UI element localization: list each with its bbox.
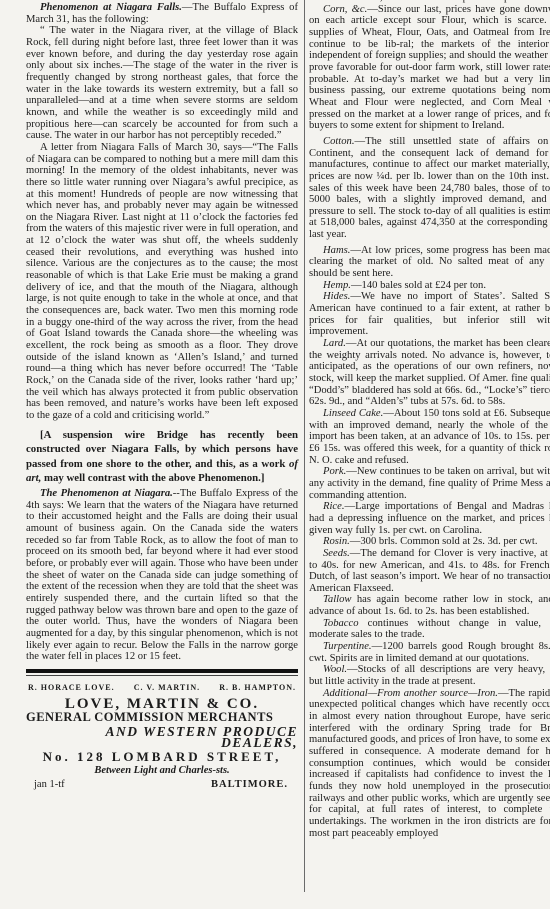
ad-run-code: jan 1-tf bbox=[34, 779, 65, 791]
market-entry-heading: Tallow bbox=[323, 594, 351, 605]
market-entry-heading: Rosin. bbox=[323, 536, 350, 547]
market-entry: Lard.—At our quotations, the market has … bbox=[309, 338, 550, 408]
market-entry: Tobacco continues without change in valu… bbox=[309, 618, 550, 641]
market-entry: Rice.—Large importations of Bengal and M… bbox=[309, 501, 550, 536]
market-entry-heading: Pork. bbox=[323, 466, 346, 477]
ad-firm-name: LOVE, MARTIN & CO. bbox=[26, 699, 298, 711]
market-entry-heading: Hemp. bbox=[323, 280, 351, 291]
market-entry: Hides.—We have no import of States’. Sal… bbox=[309, 291, 550, 338]
market-entry: Additional—From another source—Iron.—The… bbox=[309, 688, 550, 840]
market-entry-heading: Linseed Cake. bbox=[323, 408, 383, 419]
market-entry-heading: Turpentine. bbox=[323, 641, 372, 652]
column-rule bbox=[304, 0, 305, 892]
market-entry: Hemp.—140 bales sold at £24 per ton. bbox=[309, 280, 550, 292]
article-title: The Phenomenon at Niagara. bbox=[40, 488, 173, 499]
ad-address: No. 128 LOMBARD STREET, bbox=[26, 751, 298, 763]
ad-line-commission: GENERAL COMMISSION MERCHANTS bbox=[26, 712, 298, 724]
market-entry: Corn, &c.—Since our last, prices have go… bbox=[309, 4, 550, 132]
market-entry: Linseed Cake.—About 150 tons sold at £6.… bbox=[309, 408, 550, 466]
article-phenomenon-at-niagara: The Phenomenon at Niagara.--The Buffalo … bbox=[26, 488, 298, 663]
market-entry-body: —The still unsettled state of affairs on… bbox=[309, 136, 550, 240]
section-divider bbox=[26, 669, 298, 673]
market-entry-heading: Corn, &c. bbox=[323, 4, 367, 15]
article-title: Phenomenon at Niagara Falls. bbox=[40, 2, 182, 13]
section-divider-thin bbox=[26, 675, 298, 676]
market-entry-heading: Hams. bbox=[323, 245, 350, 256]
market-entry-heading: Cotton. bbox=[323, 136, 355, 147]
market-entry-heading: Seeds. bbox=[323, 548, 350, 559]
market-entry-heading: Rice. bbox=[323, 501, 344, 512]
market-entry-body: —Large importations of Bengal and Madras… bbox=[309, 501, 550, 535]
market-entry-heading: Hides. bbox=[323, 291, 350, 302]
advertisement: R. HORACE LOVE. C. V. MARTIN. R. B. HAMP… bbox=[26, 682, 298, 791]
market-entry-body: —At our quotations, the market has been … bbox=[309, 338, 550, 407]
market-entry-body: —Since our last, prices have gone downwa… bbox=[309, 4, 550, 132]
article-niagara-falls-intro: Phenomenon at Niagara Falls.—The Buffalo… bbox=[26, 2, 298, 25]
market-entry: Tallow has again become rather low in st… bbox=[309, 594, 550, 617]
ad-city: BALTIMORE. bbox=[211, 779, 288, 791]
ad-footer: jan 1-tf BALTIMORE. bbox=[26, 779, 298, 791]
editor-note: [A suspension wire Bridge has recently b… bbox=[26, 428, 298, 486]
newspaper-page: Phenomenon at Niagara Falls.—The Buffalo… bbox=[0, 0, 550, 909]
market-entry: Pork.—New continues to be taken on arriv… bbox=[309, 466, 550, 501]
market-entry-heading: Tobacco bbox=[323, 618, 359, 629]
market-entry: Rosin.—300 brls. Common sold at 2s. 3d. … bbox=[309, 536, 550, 548]
market-entry: Hams.—At low prices, some progress has b… bbox=[309, 245, 550, 280]
market-entry-body: —140 bales sold at £24 per ton. bbox=[351, 280, 486, 291]
ad-cross-streets: Between Light and Charles-sts. bbox=[26, 765, 298, 777]
market-entry: Cotton.—The still unsettled state of aff… bbox=[309, 136, 550, 241]
ad-partners: R. HORACE LOVE. C. V. MARTIN. R. B. HAMP… bbox=[26, 682, 298, 694]
ad-line-produce: AND WESTERN PRODUCE DEALERS, bbox=[26, 726, 298, 749]
market-entry-body: —The rapid and unexpected political chan… bbox=[309, 688, 550, 839]
right-column: Cheshire Cheese, leaves 50s. as our pres… bbox=[309, 0, 550, 839]
market-entry-body: —New continues to be taken on arrival, b… bbox=[309, 466, 550, 500]
market-entry: Seeds.—The demand for Clover is very ina… bbox=[309, 548, 550, 595]
left-column: Phenomenon at Niagara Falls.—The Buffalo… bbox=[26, 2, 298, 791]
article-quote: “ The water in the Niagara river, at the… bbox=[26, 25, 298, 142]
market-entry-heading: Wool. bbox=[323, 664, 347, 675]
market-report-entries: Corn, &c.—Since our last, prices have go… bbox=[309, 4, 550, 840]
market-entry-body: —300 brls. Common sold at 2s. 3d. per cw… bbox=[350, 536, 538, 547]
article-letter: A letter from Niagara Falls of March 30,… bbox=[26, 142, 298, 422]
market-entry: Wool.—Stocks of all descriptions are ver… bbox=[309, 664, 550, 687]
market-entry-heading: Lard. bbox=[323, 338, 346, 349]
market-entry: Turpentine.—1200 barrels good Rough brou… bbox=[309, 641, 550, 664]
market-entry-heading: Additional—From another source—Iron. bbox=[323, 688, 498, 699]
